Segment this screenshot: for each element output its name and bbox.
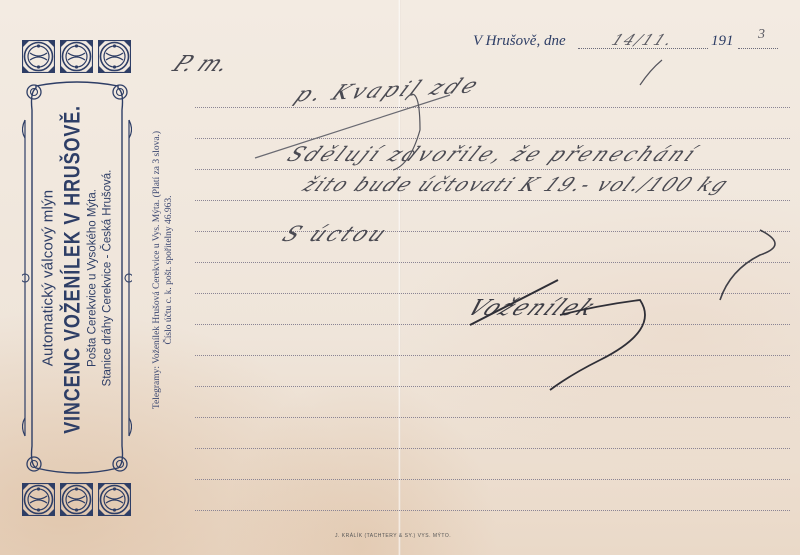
pen-strokes-icon <box>0 0 800 555</box>
printer-imprint: J. KRÁLÍK (TACHTERY & SY.) VYS. MÝTO. <box>335 533 451 539</box>
